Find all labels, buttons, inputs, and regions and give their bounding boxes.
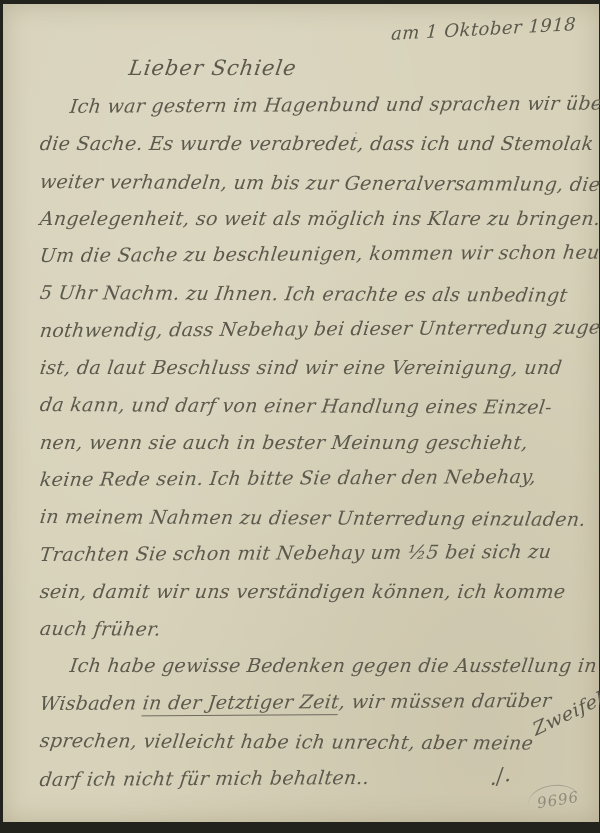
letter-line: da kann, und darf von einer Handlung ein… [37,394,597,434]
letter-line: darf ich nicht für mich behalten.../. [37,764,598,805]
letter-line: Um die Sache zu beschleunigen, kommen wi… [37,242,598,283]
letter-body: Ich war gestern im Hagenbund und sprache… [39,96,595,805]
end-mark: ./. [488,762,512,791]
line-text: darf ich nicht für mich behalten.. [38,767,370,791]
letter-line: Ich war gestern im Hagenbund und sprache… [37,93,598,134]
letter-paper: am 1 Oktober 1918 Lieber Schiele Ich war… [3,4,599,822]
letter-line: sein, damit wir uns verständigen können,… [37,581,598,618]
letter-line: nen, wenn sie auch in bester Meinung ges… [37,432,598,469]
letter-line: Trachten Sie schon mit Nebehay um ½5 bei… [37,540,598,581]
line-text: sprechen, vielleicht habe ich unrecht, a… [39,730,541,755]
letter-line: Ich habe gewisse Bedenken gegen die Auss… [37,655,598,692]
letter-line: keine Rede sein. Ich bitte Sie daher den… [37,466,598,507]
letter-line: nothwendig, dass Nebehay bei dieser Unte… [37,316,598,357]
line-pre-text: Wisbaden [39,692,145,715]
letter-date: am 1 Oktober 1918 [391,14,577,45]
line-post-text: , wir müssen darüber [338,690,553,713]
scanned-letter-page: { "page": { "paper_color": "#d8d2ba", "s… [0,0,600,833]
letter-line-underlined-phrase: Wisbaden in der Jetztiger Zeit, wir müss… [37,689,598,730]
letter-line: auch früher. [37,618,597,658]
letter-line: die Sache. Es wurde verabredet, dass ich… [37,133,598,170]
ink-speck [355,132,357,134]
letter-line: weiter verhandeln, um bis zur Generalver… [37,171,597,211]
letter-line: ist, da laut Beschluss sind wir eine Ver… [37,357,598,394]
underlined-phrase: in der Jetztiger Zeit [141,691,340,716]
letter-salutation: Lieber Schiele [127,56,298,80]
letter-line: Angelegenheit, so weit als möglich ins K… [37,208,598,245]
ink-speck [43,364,46,367]
